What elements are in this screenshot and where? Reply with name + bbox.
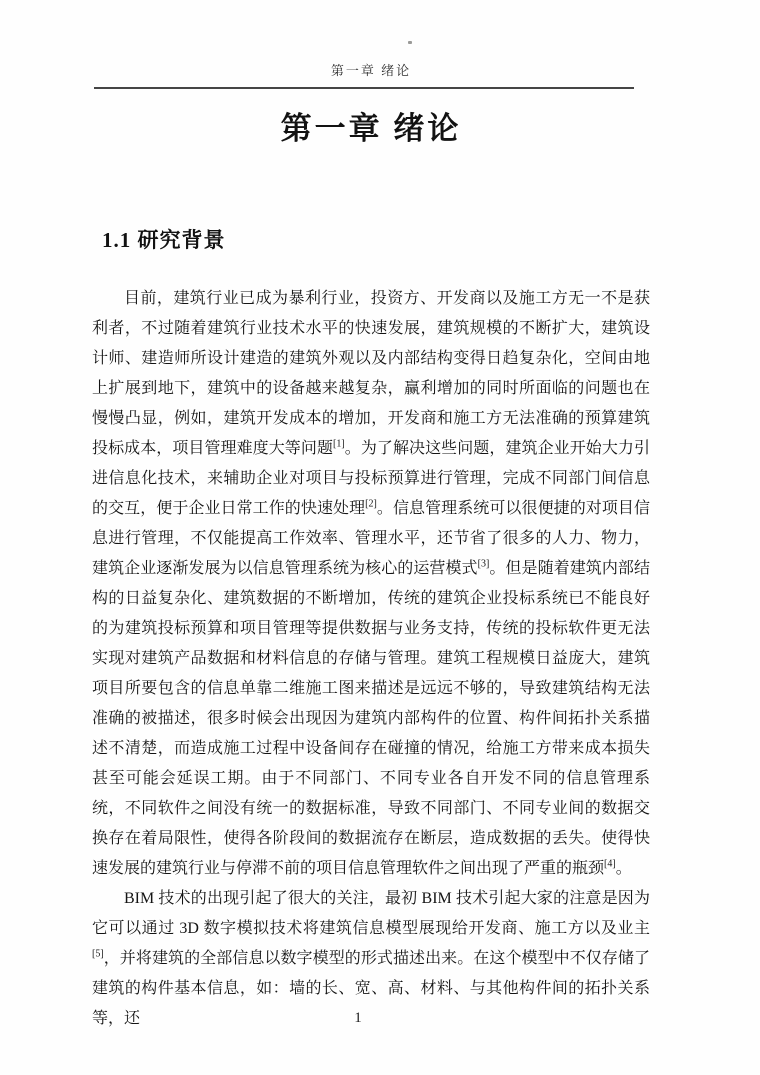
citation-superscript: [2]	[365, 499, 377, 510]
paragraph-1: 目前，建筑行业已成为暴利行业，投资方、开发商以及施工方无一不是获利者，不过随着建…	[92, 284, 650, 884]
citation-superscript: [4]	[604, 859, 616, 870]
running-header: 第一章 绪论	[92, 60, 650, 79]
citation-superscript: [5]	[92, 949, 104, 960]
section-heading: 1.1 研究背景	[102, 224, 226, 254]
page-number: 1	[92, 1010, 624, 1027]
thesis-page: 第一章 绪论 第一章 绪论 1.1 研究背景 目前，建筑行业已成为暴利行业，投资…	[0, 0, 760, 1075]
citation-superscript: [3]	[478, 559, 490, 570]
header-rule	[94, 87, 634, 89]
citation-superscript: [1]	[333, 439, 345, 450]
body-text: 目前，建筑行业已成为暴利行业，投资方、开发商以及施工方无一不是获利者，不过随着建…	[92, 284, 650, 1034]
chapter-title: 第一章 绪论	[92, 103, 650, 148]
page-content: 第一章 绪论 第一章 绪论 1.1 研究背景 目前，建筑行业已成为暴利行业，投资…	[92, 0, 650, 1075]
